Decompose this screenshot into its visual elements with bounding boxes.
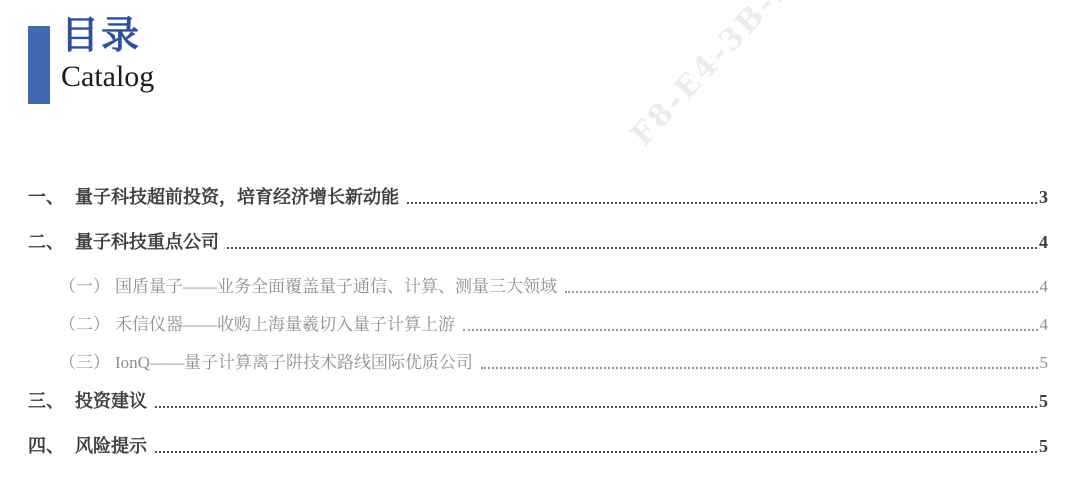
toc-dot-leader <box>407 201 1037 204</box>
toc-entry-title: 投资建议 <box>75 390 147 412</box>
toc-entry-number: 一、 <box>28 186 75 208</box>
toc-entry-number: 三、 <box>28 390 75 412</box>
catalog-page: F8-E4-3B-ED 目录 Catalog 一、 量子科技超前投资，培育经济增… <box>0 0 1080 479</box>
toc-list: 一、 量子科技超前投资，培育经济增长新动能 3 二、 量子科技重点公司 4 （一… <box>28 186 1048 479</box>
toc-entry[interactable]: 三、 投资建议 5 <box>28 390 1048 412</box>
diagonal-watermark: F8-E4-3B-ED <box>624 0 821 153</box>
page-title-zh: 目录 <box>61 16 141 58</box>
toc-entry-title: 国盾量子——业务全面覆盖量子通信、计算、测量三大领域 <box>115 276 557 297</box>
toc-entry-title: 风险提示 <box>75 435 147 457</box>
toc-dot-leader <box>463 328 1038 331</box>
toc-dot-leader <box>227 246 1037 249</box>
toc-entry-page: 4 <box>1039 231 1048 253</box>
page-title-en: Catalog <box>61 60 154 93</box>
toc-entry-title: 量子科技重点公司 <box>75 231 219 253</box>
toc-dot-leader <box>565 290 1038 293</box>
toc-entry-number: （二） <box>59 314 115 335</box>
toc-entry-title: 禾信仪器——收购上海量羲切入量子计算上游 <box>115 314 455 335</box>
toc-entry[interactable]: 一、 量子科技超前投资，培育经济增长新动能 3 <box>28 186 1048 208</box>
toc-dot-leader <box>155 405 1037 408</box>
toc-entry-title: 量子科技超前投资，培育经济增长新动能 <box>75 186 399 208</box>
toc-entry-page: 5 <box>1039 390 1048 412</box>
toc-entry-number: （一） <box>59 276 115 297</box>
toc-entry[interactable]: （二） 禾信仪器——收购上海量羲切入量子计算上游 4 <box>59 314 1048 335</box>
toc-entry-page: 5 <box>1039 435 1048 457</box>
toc-entry-page: 3 <box>1039 186 1048 208</box>
toc-entry-number: 二、 <box>28 231 75 253</box>
toc-entry[interactable]: 四、 风险提示 5 <box>28 435 1048 457</box>
toc-entry[interactable]: 二、 量子科技重点公司 4 <box>28 231 1048 253</box>
toc-entry-page: 5 <box>1040 352 1049 373</box>
toc-dot-leader <box>155 450 1037 453</box>
toc-entry-page: 4 <box>1040 276 1049 297</box>
toc-entry-title: IonQ——量子计算离子阱技术路线国际优质公司 <box>115 352 473 373</box>
toc-entry[interactable]: （三） IonQ——量子计算离子阱技术路线国际优质公司 5 <box>59 352 1048 373</box>
header-accent-bar <box>28 26 50 104</box>
toc-entry-number: （三） <box>59 352 115 373</box>
toc-entry[interactable]: （一） 国盾量子——业务全面覆盖量子通信、计算、测量三大领域 4 <box>59 276 1048 297</box>
toc-entry-page: 4 <box>1040 314 1049 335</box>
toc-entry-number: 四、 <box>28 435 75 457</box>
toc-dot-leader <box>481 366 1038 369</box>
